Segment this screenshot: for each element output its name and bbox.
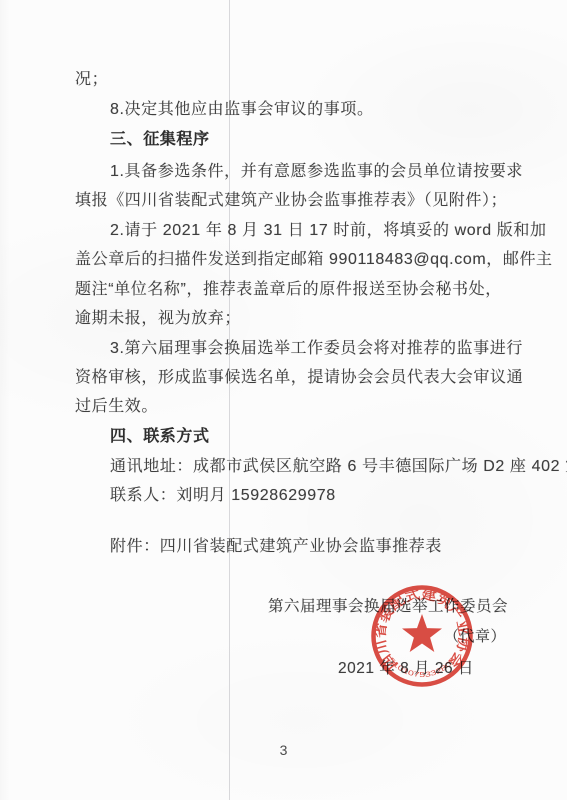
body-line: 资格审核，形成监事候选名单，提请协会会员代表大会审议通 bbox=[75, 369, 523, 387]
body-line: 逾期未报，视为放弃； bbox=[75, 310, 241, 328]
body-line: 通讯地址：成都市武侯区航空路 6 号丰德国际广场 D2 座 402 室 bbox=[110, 458, 567, 476]
body-line: 过后生效。 bbox=[75, 398, 158, 416]
attachment-line: 附件：四川省装配式建筑产业协会监事推荐表 bbox=[110, 538, 442, 556]
body-line: 联系人：刘明月 15928629978 bbox=[110, 487, 336, 505]
body-line: 8.决定其他应由监事会审议的事项。 bbox=[110, 101, 374, 119]
paper-fold-line bbox=[229, 0, 230, 800]
section-heading: 三、征集程序 bbox=[110, 131, 210, 149]
body-line: 2.请于 2021 年 8 月 31 日 17 时前，将填妥的 word 版和加 bbox=[110, 222, 547, 240]
body-line: 况； bbox=[75, 71, 108, 89]
page-number: 3 bbox=[0, 742, 567, 758]
scanned-document-page: 况； 8.决定其他应由监事会审议的事项。 三、征集程序 1.具备参选条件，并有意… bbox=[0, 0, 567, 800]
section-heading: 四、联系方式 bbox=[110, 428, 210, 446]
seal-star-icon bbox=[402, 614, 442, 652]
body-line: 1.具备参选条件，并有意愿参选监事的会员单位请按要求 bbox=[110, 163, 523, 181]
body-line: 盖公章后的扫描件发送到指定邮箱 990118483@qq.com，邮件主 bbox=[75, 251, 553, 269]
body-line: 填报《四川省装配式建筑产业协会监事推荐表》（见附件）； bbox=[75, 192, 507, 210]
official-red-seal: 四川省装配式建筑产业协会 5101075332808 bbox=[368, 582, 476, 690]
body-line: 3.第六届理事会换届选举工作委员会将对推荐的监事进行 bbox=[110, 340, 523, 358]
body-line: 题注“单位名称”，推荐表盖章后的原件报送至协会秘书处， bbox=[75, 281, 502, 299]
